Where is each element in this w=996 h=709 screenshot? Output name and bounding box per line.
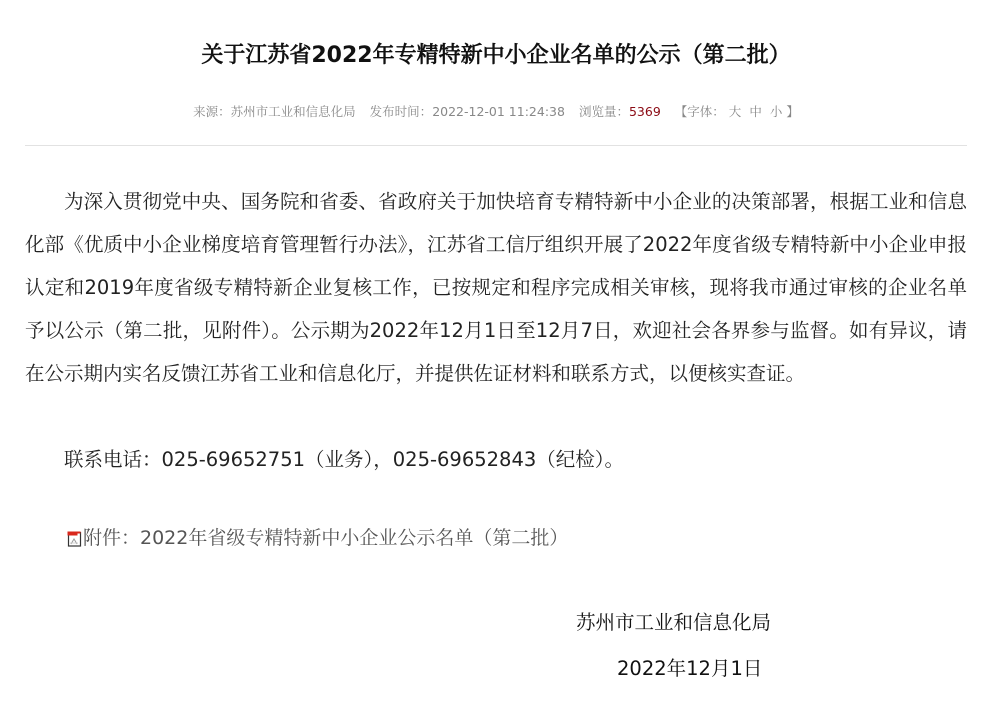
font-size-medium-button[interactable]: 中 [749,104,762,119]
views-count: 5369 [629,104,661,119]
article-meta: 来源：苏州市工业和信息化局发布时间：2022-12-01 11:24:38浏览量… [25,101,967,123]
font-size-label-open: 【字体： [675,104,725,119]
publish-time-value: 2022-12-01 11:24:38 [432,104,565,119]
contact-phone: 联系电话：025-69652751（业务），025-69652843（纪检）。 [25,438,967,481]
source-label: 来源： [193,104,231,119]
font-size-label-close: 】 [786,104,799,119]
header-divider [25,145,967,146]
pdf-file-icon [67,523,82,539]
signature-organization: 苏州市工业和信息化局 [576,608,771,638]
body-paragraph: 为深入贯彻党中央、国务院和省委、省政府关于加快培育专精特新中小企业的决策部署，根… [25,180,967,438]
attachment-label[interactable]: 附件：2022年省级专精特新中小企业公示名单（第二批） [83,527,568,549]
publish-time-label: 发布时间： [370,104,433,119]
views-label: 浏览量： [579,104,629,119]
source-value: 苏州市工业和信息化局 [231,104,356,119]
article-body: 为深入贯彻党中央、国务院和省委、省政府关于加快培育专精特新中小企业的决策部署，根… [25,180,967,481]
page-title: 关于江苏省2022年专精特新中小企业名单的公示（第二批） [25,38,967,74]
font-size-large-button[interactable]: 大 [729,104,742,119]
font-size-small-button[interactable]: 小 [770,104,783,119]
attachment-link[interactable]: 附件：2022年省级专精特新中小企业公示名单（第二批） [67,520,568,556]
signature-date: 2022年12月1日 [617,654,762,684]
